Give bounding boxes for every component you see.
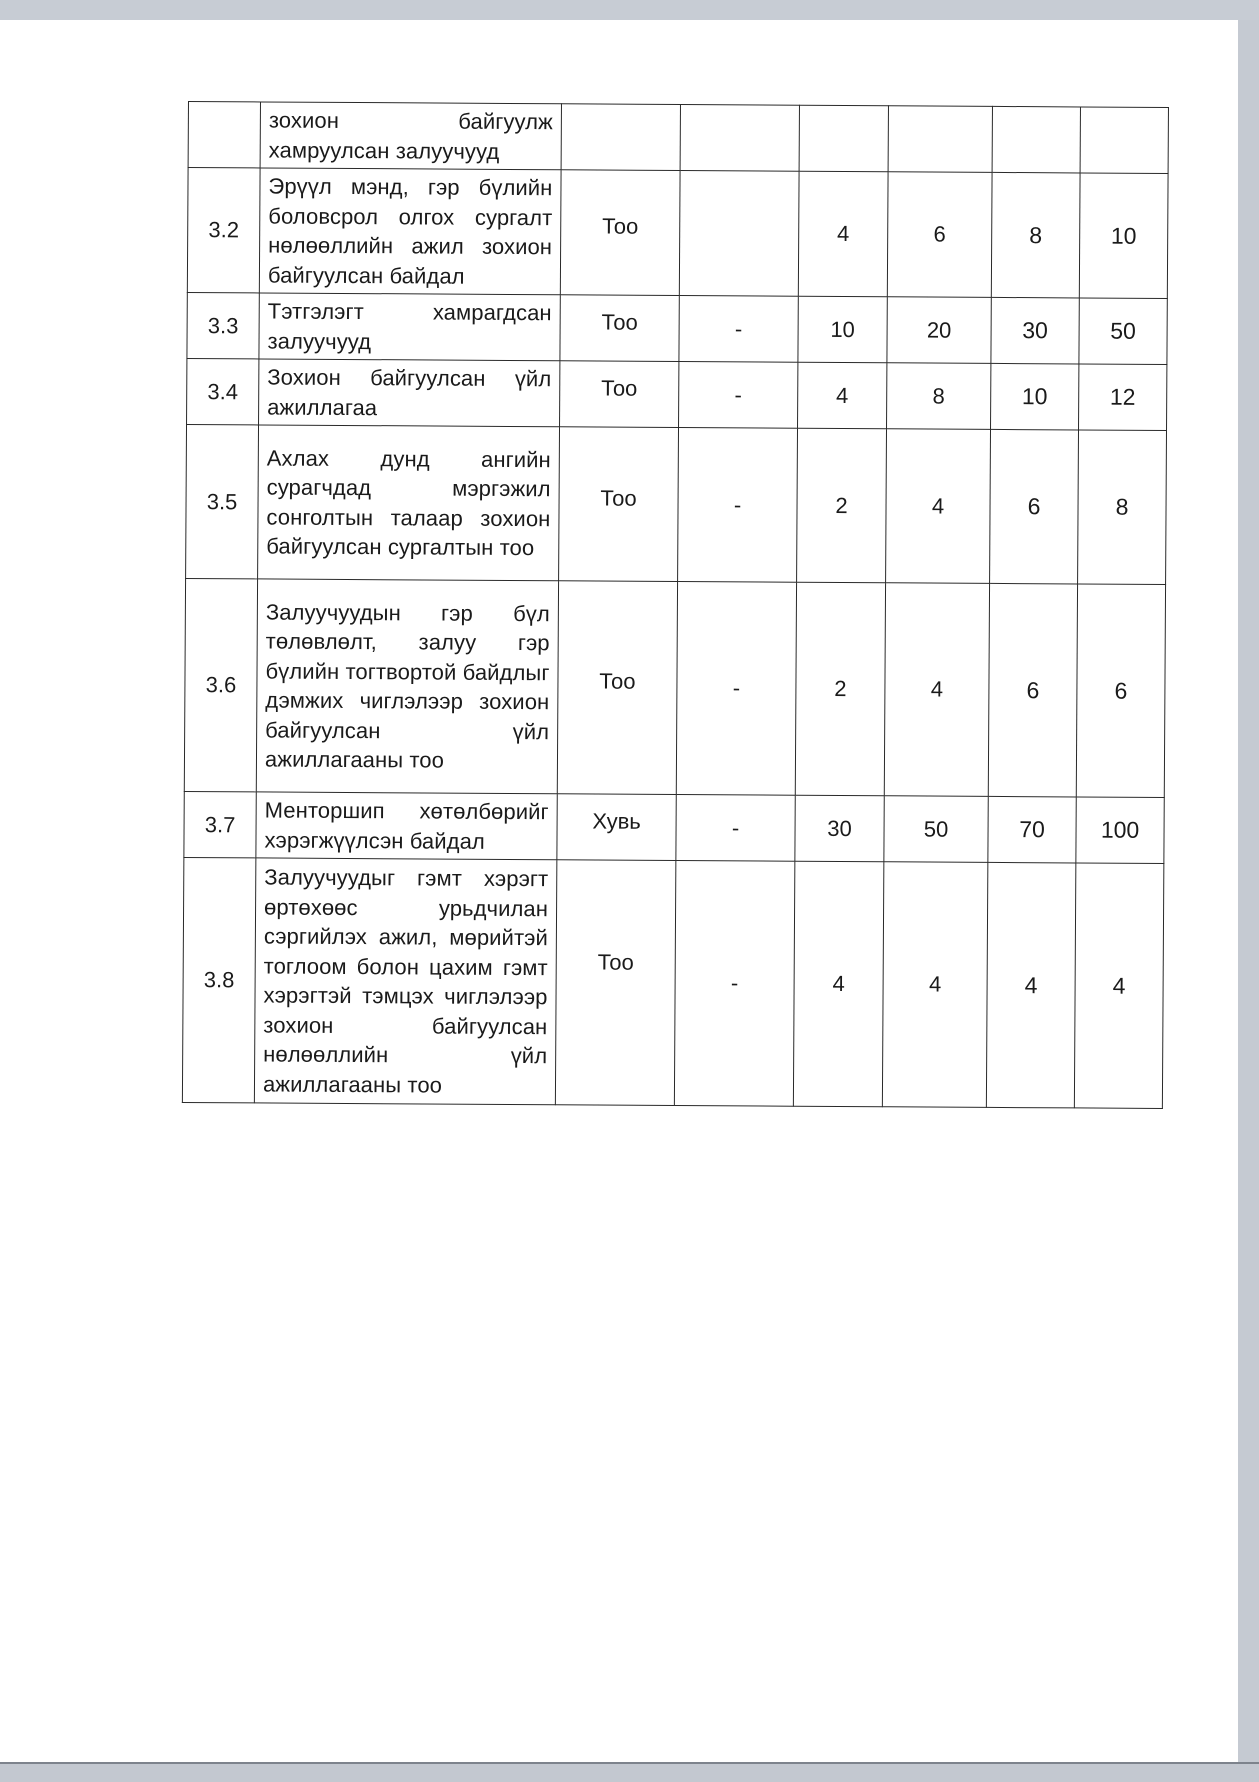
row-baseline: - [676, 581, 796, 795]
row-number: 3.2 [187, 168, 260, 293]
row-value-3: 6 [990, 429, 1079, 584]
table-row: 3.8 Залуучуудыг гэмт хэрэгт өртөхөөс урь… [182, 857, 1163, 1108]
indicators-table: зохион байгуулж хамруулсан залуучууд 3.2… [182, 101, 1169, 1109]
row-baseline: - [676, 794, 795, 861]
row-value-2: 4 [884, 583, 989, 797]
scan-bottom-edge [0, 1762, 1259, 1782]
row-description: Эрүүл мэнд, гэр бүлийн боловсрол олгох с… [259, 168, 561, 295]
row-number: 3.8 [182, 857, 255, 1102]
row-unit: Хувь [557, 794, 676, 861]
row-value-4: 10 [1079, 173, 1168, 299]
row-number: 3.4 [187, 358, 259, 424]
row-value-1: 2 [795, 582, 885, 796]
table-row: зохион байгуулж хамруулсан залуучууд [188, 102, 1168, 174]
row-description: Ахлах дунд ангийн сурагчдад мэргэжил сон… [258, 425, 560, 581]
row-baseline: - [674, 860, 794, 1106]
row-description: Менторшип хөтөлбөрийг хэрэгжүүлсэн байда… [256, 792, 557, 860]
row-value-3 [992, 106, 1080, 173]
row-description: зохион байгуулж хамруулсан залуучууд [260, 102, 561, 170]
table-row: 3.6 Залуучуудын гэр бүл төлөвлөлт, залуу… [184, 578, 1165, 797]
row-value-3: 70 [988, 796, 1076, 863]
row-value-3: 8 [991, 172, 1080, 298]
row-baseline [680, 105, 799, 172]
row-value-3: 30 [991, 297, 1079, 364]
table-row: 3.4 Зохион байгуулсан үйл ажиллагаа Тоо … [187, 358, 1167, 430]
table-row: 3.2 Эрүүл мэнд, гэр бүлийн боловсрол олг… [187, 168, 1168, 299]
row-value-4: 4 [1074, 863, 1163, 1109]
row-unit: Тоо [555, 860, 675, 1106]
row-baseline: - [679, 296, 798, 363]
row-value-2: 8 [887, 363, 991, 430]
scan-top-edge [0, 0, 1259, 20]
row-value-2: 20 [887, 297, 991, 364]
row-unit: Тоо [560, 361, 679, 428]
row-value-1: 30 [795, 795, 884, 862]
row-description: Тэтгэлэгт хамрагдсан залуучууд [259, 293, 560, 361]
row-value-2: 6 [887, 172, 992, 298]
row-number: 3.5 [186, 424, 259, 578]
row-value-3: 10 [991, 363, 1079, 430]
row-value-4: 6 [1076, 584, 1165, 798]
row-value-1: 4 [798, 362, 887, 429]
row-value-3: 4 [986, 862, 1075, 1108]
row-baseline: - [678, 428, 798, 583]
row-number: 3.6 [184, 578, 257, 791]
row-unit: Тоо [559, 427, 679, 582]
row-unit: Тоо [560, 295, 679, 362]
row-description: Залуучуудын гэр бүл төлөвлөлт, залуу гэр… [256, 579, 558, 794]
row-value-4: 50 [1079, 298, 1167, 365]
row-description: Зохион байгуулсан үйл ажиллагаа [259, 359, 560, 427]
row-value-4: 100 [1076, 797, 1164, 864]
row-value-2: 4 [882, 862, 987, 1108]
row-value-4: 8 [1078, 430, 1167, 585]
row-baseline [679, 171, 799, 297]
row-value-4 [1080, 107, 1168, 174]
row-number: 3.3 [187, 292, 259, 358]
row-unit: Тоо [557, 581, 677, 795]
table-row: 3.5 Ахлах дунд ангийн сурагчдад мэргэжил… [186, 424, 1167, 584]
row-value-1: 4 [793, 861, 883, 1107]
row-value-2: 4 [886, 429, 991, 584]
row-value-4: 12 [1079, 364, 1167, 431]
row-value-1 [799, 105, 888, 172]
row-value-1: 4 [798, 171, 888, 297]
row-value-1: 10 [798, 296, 887, 363]
row-value-3: 6 [988, 583, 1077, 797]
row-unit: Тоо [560, 170, 680, 296]
row-number [188, 102, 260, 168]
scan-right-edge [1238, 20, 1259, 1762]
row-unit [561, 104, 680, 171]
table-row: 3.7 Менторшип хөтөлбөрийг хэрэгжүүлсэн б… [184, 791, 1164, 863]
table-row: 3.3 Тэтгэлэгт хамрагдсан залуучууд Тоо -… [187, 292, 1167, 364]
row-value-1: 2 [797, 428, 887, 583]
row-description: Залуучуудыг гэмт хэрэгт өртөхөөс урьдчил… [254, 858, 556, 1105]
row-value-2: 50 [884, 796, 988, 863]
row-value-2 [888, 106, 992, 173]
row-baseline: - [679, 362, 798, 429]
row-number: 3.7 [184, 791, 256, 857]
